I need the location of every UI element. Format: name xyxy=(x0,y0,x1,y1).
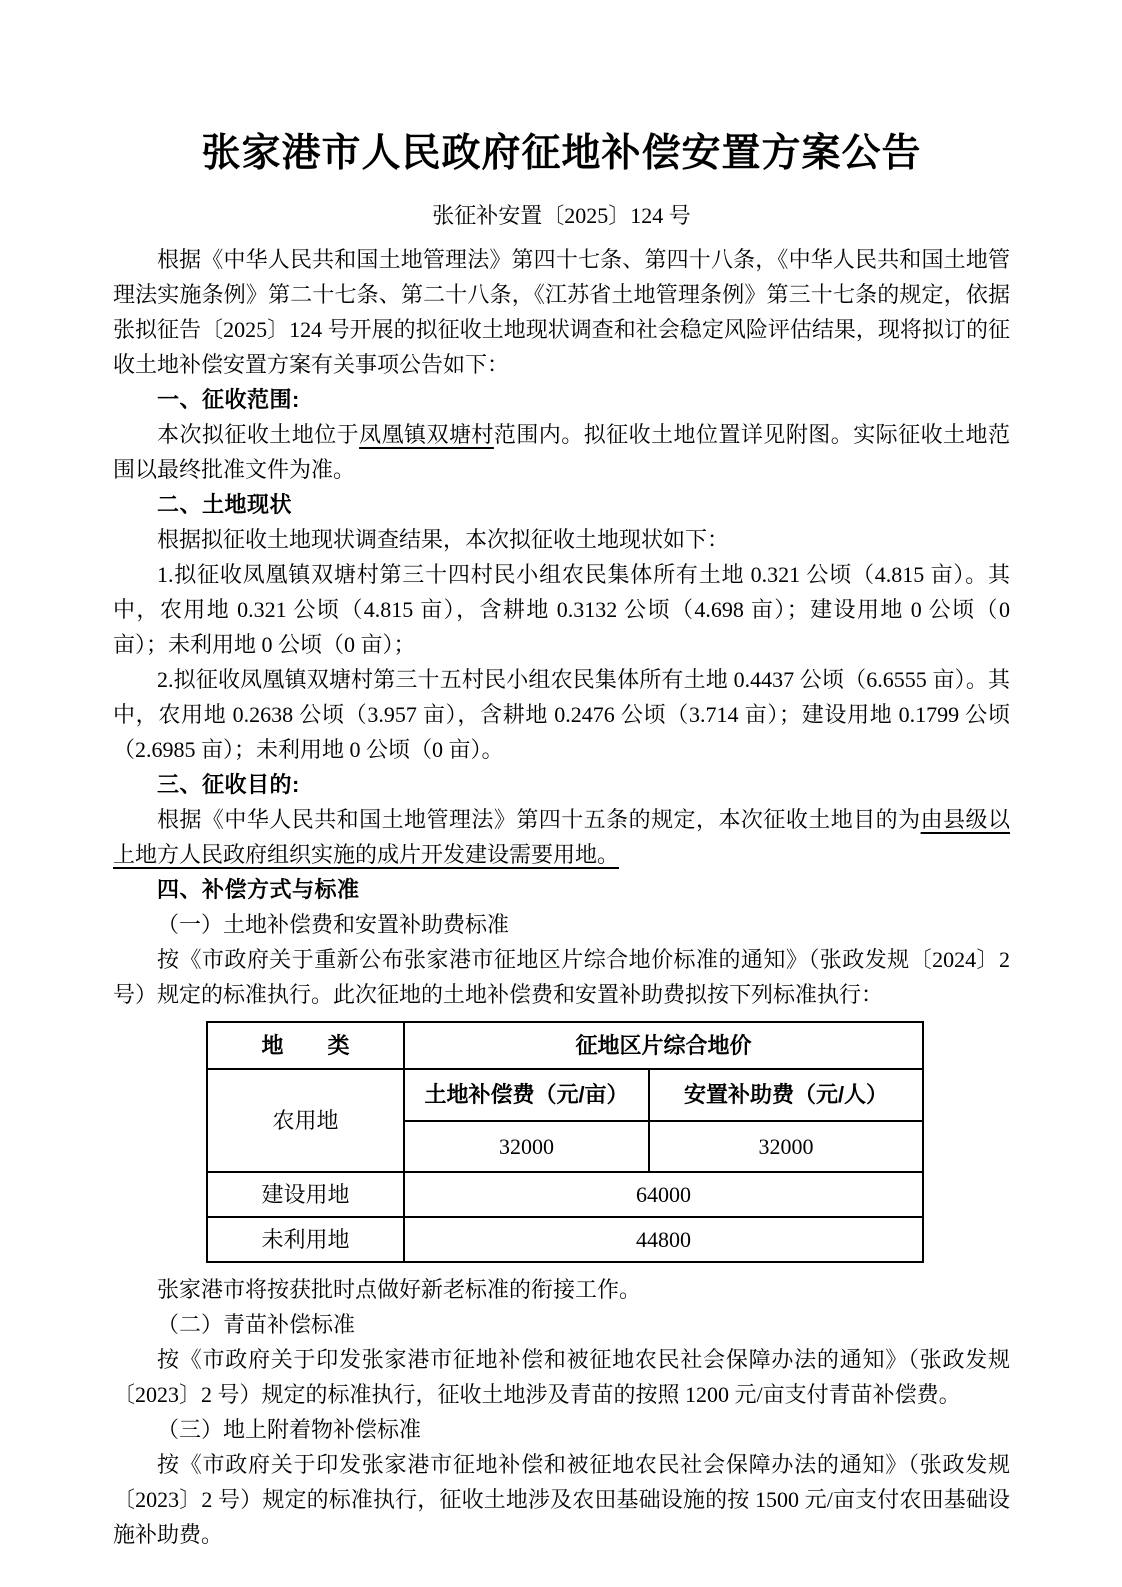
section-1-heading: 一、征收范围: xyxy=(113,382,1010,417)
section-1-text-before: 本次拟征收土地位于 xyxy=(157,422,359,447)
table-cell-land-compensation-value: 32000 xyxy=(404,1121,649,1172)
section-4-sub-3-heading: （三）地上附着物补偿标准 xyxy=(113,1412,1010,1447)
table-header-row: 地 类 征地区片综合地价 xyxy=(207,1022,923,1069)
table-header-comprehensive-land-price: 征地区片综合地价 xyxy=(404,1022,923,1069)
section-4-sub-1-body: 按《市政府关于重新公布张家港市征地区片综合地价标准的通知》（张政发规〔2024〕… xyxy=(113,942,1010,1012)
section-2-lead: 根据拟征收土地现状调查结果，本次拟征收土地现状如下： xyxy=(113,522,1010,557)
table-cell-agricultural-land-label: 农用地 xyxy=(207,1069,404,1172)
table-cell-unused-land-label: 未利用地 xyxy=(207,1217,404,1262)
page-title: 张家港市人民政府征地补偿安置方案公告 xyxy=(113,130,1010,178)
section-3-text-before: 根据《中华人民共和国土地管理法》第四十五条的规定，本次征收土地目的为 xyxy=(157,807,921,832)
table-header-resettlement-subsidy-fee: 安置补助费（元/人） xyxy=(649,1069,923,1121)
announcement-document-page: 张家港市人民政府征地补偿安置方案公告 张征补安置〔2025〕124 号 根据《中… xyxy=(0,0,1122,1587)
intro-paragraph: 根据《中华人民共和国土地管理法》第四十七条、第四十八条，《中华人民共和国土地管理… xyxy=(113,242,1010,382)
section-4-sub-2-heading: （二）青苗补偿标准 xyxy=(113,1307,1010,1342)
section-1-paragraph: 本次拟征收土地位于凤凰镇双塘村范围内。拟征收土地位置详见附图。实际征收土地范围以… xyxy=(113,417,1010,487)
section-4-sub-3-body: 按《市政府关于印发张家港市征地补偿和被征地农民社会保障办法的通知》（张政发规〔2… xyxy=(113,1447,1010,1552)
table-unused-land-row: 未利用地 44800 xyxy=(207,1217,923,1262)
section-2-item-2: 2.拟征收凤凰镇双塘村第三十五村民小组农民集体所有土地 0.4437 公顷（6.… xyxy=(113,662,1010,767)
compensation-standards-table: 地 类 征地区片综合地价 农用地 土地补偿费（元/亩） 安置补助费（元/人） 3… xyxy=(206,1021,924,1263)
section-4-heading: 四、补偿方式与标准 xyxy=(113,872,1010,907)
section-2-item-1: 1.拟征收凤凰镇双塘村第三十四村民小组农民集体所有土地 0.321 公顷（4.8… xyxy=(113,557,1010,662)
section-2-heading: 二、土地现状 xyxy=(113,487,1010,522)
table-cell-construction-land-value: 64000 xyxy=(404,1172,923,1217)
section-3-paragraph: 根据《中华人民共和国土地管理法》第四十五条的规定，本次征收土地目的为由县级以上地… xyxy=(113,802,1010,872)
section-1-underlined-location: 凤凰镇双塘村 xyxy=(359,422,494,447)
section-4-sub-1-note: 张家港市将按获批时点做好新老标准的衔接工作。 xyxy=(113,1272,1010,1307)
table-header-land-compensation-fee: 土地补偿费（元/亩） xyxy=(404,1069,649,1121)
table-construction-land-row: 建设用地 64000 xyxy=(207,1172,923,1217)
document-body: 根据《中华人民共和国土地管理法》第四十七条、第四十八条，《中华人民共和国土地管理… xyxy=(113,242,1010,1552)
section-4-sub-1-heading: （一）土地补偿费和安置补助费标准 xyxy=(113,907,1010,942)
table-header-land-type: 地 类 xyxy=(207,1022,404,1069)
section-4-sub-2-body: 按《市政府关于印发张家港市征地补偿和被征地农民社会保障办法的通知》（张政发规〔2… xyxy=(113,1342,1010,1412)
section-3-heading: 三、征收目的: xyxy=(113,767,1010,802)
table-subheader-row: 农用地 土地补偿费（元/亩） 安置补助费（元/人） xyxy=(207,1069,923,1121)
table-cell-unused-land-value: 44800 xyxy=(404,1217,923,1262)
document-number: 张征补安置〔2025〕124 号 xyxy=(113,202,1010,230)
table-cell-resettlement-subsidy-value: 32000 xyxy=(649,1121,923,1172)
table-cell-construction-land-label: 建设用地 xyxy=(207,1172,404,1217)
